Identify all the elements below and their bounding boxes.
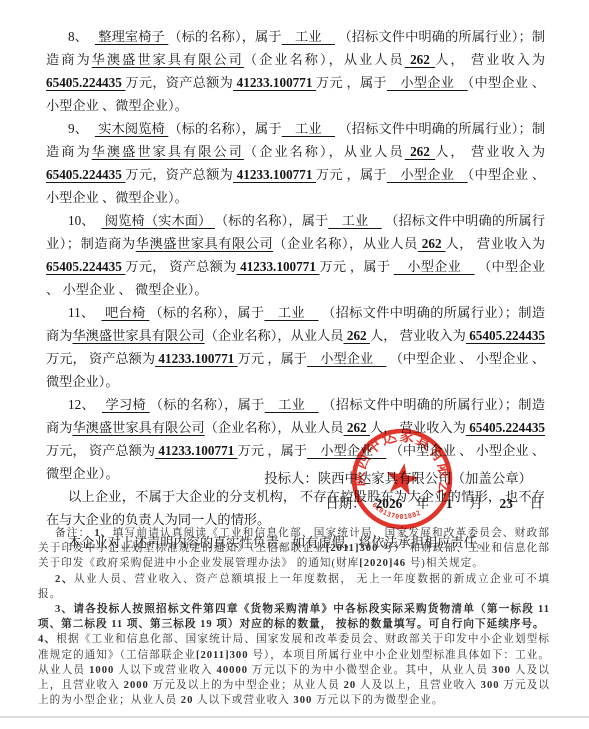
text-run: 万元 ，属于 [316, 167, 387, 182]
text-run: 万元以下的为中小微型企业。其中，从业人员 [248, 665, 492, 676]
text-run: 万元 ，属于 [238, 443, 307, 458]
text-run: 投标人：陕西中达家具有限公司（加盖公章） [264, 471, 532, 486]
declaration-item-9: 9、 实木阅览椅 （标的名称），属于 工业 （招标文件中明确的所属行业）；制造商… [46, 117, 545, 209]
text-run: （企业名称），从业人员 [273, 236, 418, 251]
filled-blank: 工业 [265, 397, 319, 412]
text-run: 300 [492, 665, 511, 676]
text-run: 23 [499, 496, 512, 511]
text-run: 从业人员、营业收入、资产总额填报上一年度数据， 无上一年度数据的新成立企业可不填… [38, 574, 550, 600]
bidder-line: 投标人：陕西中达家具有限公司（加盖公章） [0, 466, 589, 491]
text-run: 40000 [217, 665, 248, 676]
text-run: 月 [453, 496, 500, 511]
text-run: 万元 ，属于 [238, 351, 307, 366]
filled-blank: 华澳盛世家具有限公司 [72, 420, 204, 435]
filled-blank: 阅览椅（实木面） [101, 213, 215, 228]
text-run: [2011]300 [326, 543, 379, 554]
text-run: 人及以上，且营业收入 [356, 680, 481, 691]
filled-blank: 小型企业 [307, 351, 386, 366]
filled-blank: 华澳盛世家具有限公司 [92, 144, 244, 159]
text-run: 人以下或营业收入 [193, 695, 293, 706]
note-4: 4、根据《工业和信息化部、国家统计局、国家发展和改革委员会、财政部关于印发中小企… [38, 632, 550, 708]
filled-blank: 41233.100771 [237, 259, 320, 274]
text-run: 万元， 资产总额为 [125, 259, 236, 274]
note-2: 2、从业人员、营业收入、资产总额填报上一年度数据， 无上一年度数据的新成立企业可… [38, 572, 550, 602]
text-run: 人以下或营业收入 [114, 665, 216, 676]
filled-blank: 工业 [282, 29, 335, 44]
filled-blank: 小型企业 [387, 167, 468, 182]
page-bottom-divider [0, 716, 589, 718]
filled-blank: 小型企业 [394, 259, 475, 274]
filled-blank: 65405.224435 [46, 75, 125, 90]
text-run: 4、 [38, 634, 56, 645]
filled-blank: 262 [405, 144, 435, 159]
text-run: 8、 [68, 29, 95, 44]
text-run: 人， 营业收入为 [435, 144, 545, 159]
text-run: 日期： [325, 496, 375, 511]
filled-blank: 65405.224435 [46, 167, 125, 182]
text-run: 2、 [55, 574, 74, 585]
text-run: 年 [402, 496, 446, 511]
note-3: 3、请各投标人按照招标文件第四章《货物采购清单》中各标段实际采购货物清单（第一标… [38, 602, 550, 632]
text-run: 20 [181, 695, 194, 706]
text-run: 万元以下的为微型企业。 [312, 695, 443, 706]
text-run: [2011]300 [196, 650, 249, 661]
text-run: （企业名称），从业人员 [244, 52, 405, 67]
text-run: [2020]46 [359, 558, 406, 569]
filled-blank: 262 [344, 328, 370, 343]
text-run: 人， 营业收入为 [445, 236, 545, 251]
filled-blank: 华澳盛世家具有限公司 [92, 52, 244, 67]
text-run: （标的名称），属于 [215, 213, 328, 228]
text-run: 300 [293, 695, 312, 706]
text-run: 万元 ，属于 [319, 259, 393, 274]
text-run: 万元，资产总额为 [125, 75, 233, 90]
text-run: （标的名称），属于 [150, 397, 265, 412]
filled-blank: 实木阅览椅 [95, 121, 169, 136]
filled-blank: 小型企业 [307, 443, 386, 458]
note-1: 备注： 1、填写前请认真阅读《工业和信息化部、国家统计局、国家发展和改革委员会、… [38, 526, 550, 572]
text-run: 9、 [68, 121, 95, 136]
filled-blank: 41233.100771 [233, 75, 316, 90]
text-run: （企业名称），从业人员 [205, 328, 344, 343]
filled-blank: 华澳盛世家具有限公司 [72, 328, 204, 343]
text-run: 人， 营业收入为 [370, 420, 466, 435]
filled-blank: 工业 [282, 121, 335, 136]
text-run: （企业名称），从业人员 [205, 420, 344, 435]
filled-blank: 262 [344, 420, 370, 435]
text-run: 号)相关规定。 [406, 558, 484, 569]
signature-block: 投标人：陕西中达家具有限公司（加盖公章） 日期： 2026 年 1 月 23 日 [0, 466, 589, 516]
text-run: （标的名称），属于 [149, 305, 264, 320]
text-run: 备注： [55, 528, 94, 539]
text-run: （标的名称），属于 [168, 29, 281, 44]
filled-blank: 65405.224435 [46, 259, 125, 274]
text-run: 1、 [94, 528, 112, 539]
filled-blank: 华澳盛世家具有限公司 [136, 236, 274, 251]
date-line: 日期： 2026 年 1 月 23 日 [0, 491, 589, 516]
filled-blank: 吧台椅 [101, 305, 149, 320]
filled-blank: 41233.100771 [155, 351, 238, 366]
filled-blank: 262 [418, 236, 446, 251]
filled-blank: 整理室椅子 [95, 29, 169, 44]
declaration-item-8: 8、 整理室椅子 （标的名称），属于 工业 （招标文件中明确的所属行业）；制造商… [46, 25, 545, 117]
filled-blank: 41233.100771 [155, 443, 238, 458]
text-run: （企业名称），从业人员 [244, 144, 405, 159]
text-run: 2026 [376, 496, 403, 511]
text-run: 300 [481, 680, 500, 691]
text-run: 11、 [68, 305, 101, 320]
document-page: 8、 整理室椅子 （标的名称），属于 工业 （招标文件中明确的所属行业）；制造商… [0, 0, 589, 729]
declaration-item-10: 10、 阅览椅（实木面） （标的名称），属于 工业 （招标文件中明确的所属行业）… [46, 209, 545, 301]
text-run: 2000 [124, 680, 149, 691]
declaration-item-11: 11、 吧台椅 （标的名称），属于 工业 （招标文件中明确的所属行业）；制造商为… [46, 301, 545, 393]
text-run: 万元及以上的为中型企业；从业人员 [149, 680, 344, 691]
filled-blank: 65405.224435 [466, 420, 545, 435]
text-run: 人， 营业收入为 [370, 328, 466, 343]
text-run: （标的名称），属于 [168, 121, 281, 136]
notes-section: 备注： 1、填写前请认真阅读《工业和信息化部、国家统计局、国家发展和改革委员会、… [38, 526, 550, 708]
text-run: 万元， 资产总额为 [46, 351, 155, 366]
text-run: 人， 营业收入为 [435, 52, 545, 67]
text-run: 1000 [89, 665, 114, 676]
filled-blank: 工业 [264, 305, 318, 320]
text-run: 1 [446, 496, 453, 511]
text-run: 12、 [68, 397, 102, 412]
text-run: 20 [344, 680, 357, 691]
text-run: 10、 [68, 213, 101, 228]
text-run: 万元，资产总额为 [125, 167, 233, 182]
filled-blank: 工业 [328, 213, 381, 228]
filled-blank: 41233.100771 [233, 167, 316, 182]
text-run: 万元， 资产总额为 [46, 443, 155, 458]
filled-blank: 学习椅 [102, 397, 150, 412]
text-run: 日 [513, 496, 543, 511]
filled-blank: 65405.224435 [466, 328, 545, 343]
text-run: 3、请各投标人按照招标文件第四章《货物采购清单》中各标段实际采购货物清单（第一标… [38, 604, 550, 630]
text-run: 万元 ，属于 [316, 75, 387, 90]
filled-blank: 小型企业 [387, 75, 468, 90]
filled-blank: 262 [405, 52, 435, 67]
